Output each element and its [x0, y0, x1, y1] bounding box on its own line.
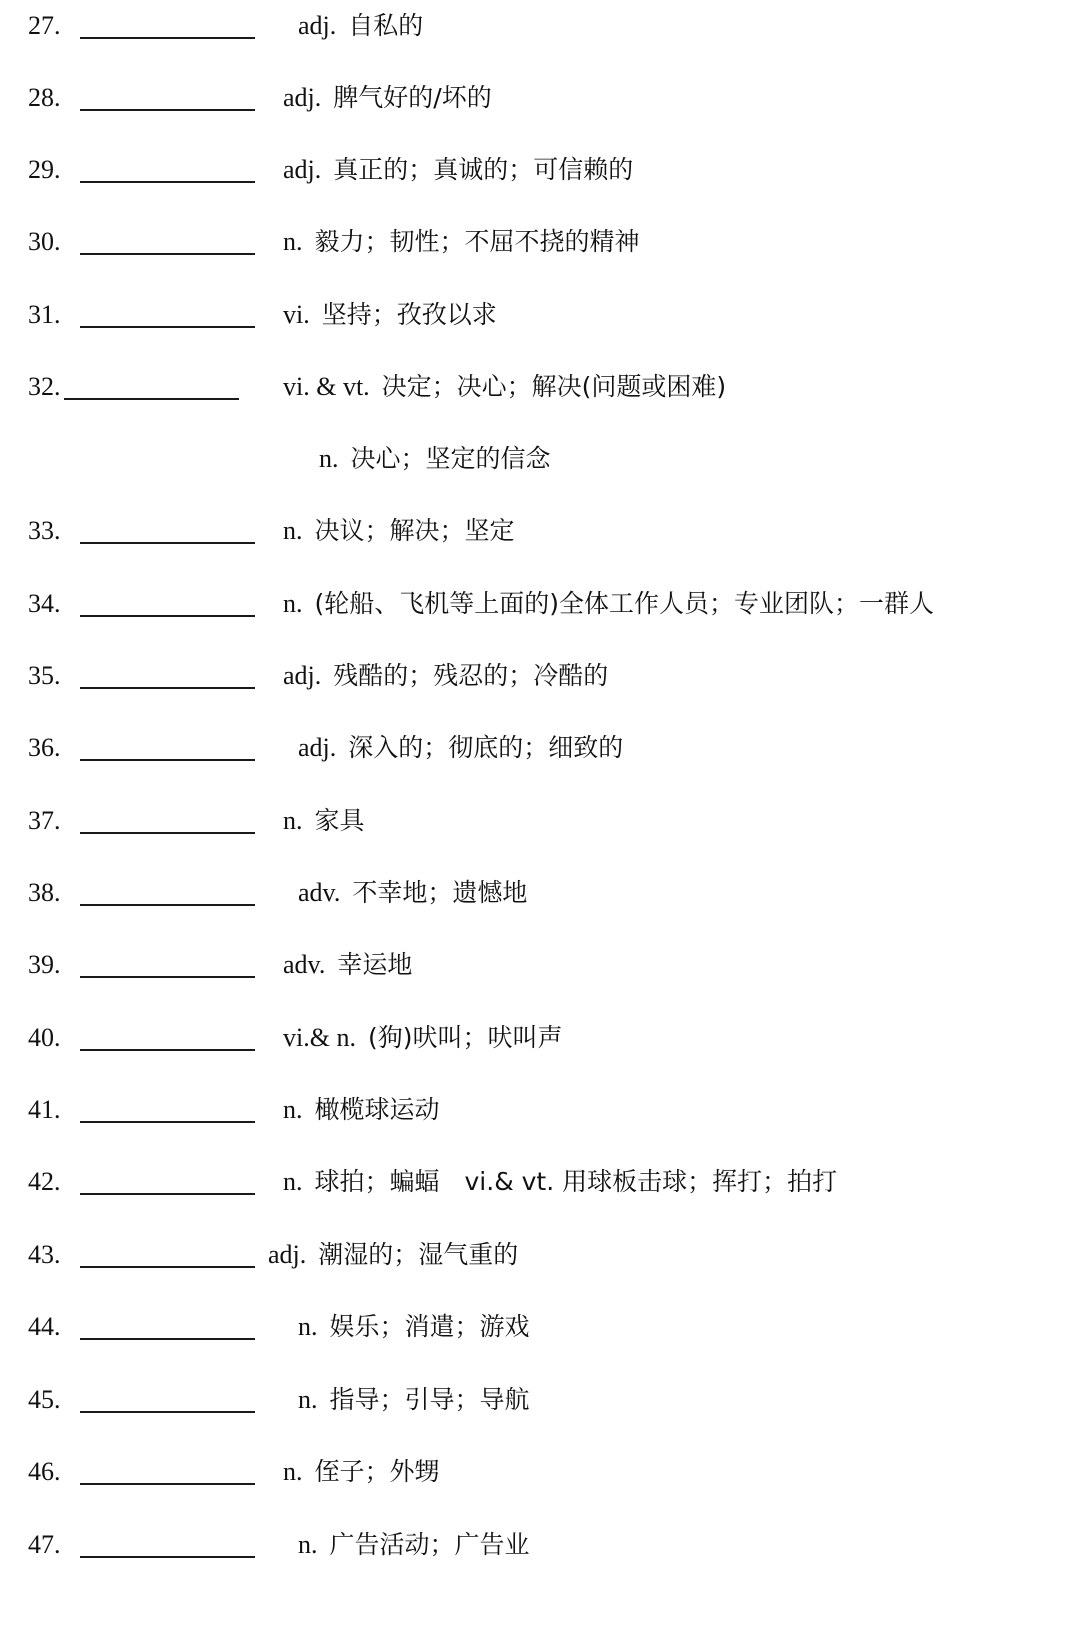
definition: adj.潮湿的；湿气重的: [268, 1235, 518, 1275]
chinese-meaning: 幸运地: [337, 950, 412, 979]
item-number: 42.: [28, 1162, 61, 1202]
answer-blank[interactable]: [80, 1266, 255, 1268]
answer-blank[interactable]: [80, 181, 255, 183]
part-of-speech: vi.: [283, 300, 310, 329]
definition: adj.脾气好的/坏的: [283, 78, 492, 118]
definition: n.毅力；韧性；不屈不挠的精神: [283, 222, 640, 262]
chinese-meaning: 侄子；外甥: [315, 1457, 440, 1486]
part-of-speech: n.: [283, 1167, 303, 1196]
part-of-speech: n.: [283, 516, 303, 545]
definition: adv.幸运地: [283, 945, 412, 985]
part-of-speech: adj.: [283, 83, 321, 112]
part-of-speech: n.: [298, 1312, 318, 1341]
vocab-row-cont: n.决心；坚定的信念: [0, 439, 1080, 479]
item-number: 29.: [28, 150, 61, 190]
definition: vi.& n.(狗)吠叫；吠叫声: [283, 1018, 562, 1058]
definition: vi. & vt.决定；决心；解决(问题或困难): [283, 367, 726, 407]
definition: n.(轮船、飞机等上面的)全体工作人员；专业团队；一群人: [283, 584, 934, 624]
item-number: 46.: [28, 1452, 61, 1492]
item-number: 27.: [28, 6, 61, 46]
part-of-speech: adj.: [268, 1240, 306, 1269]
answer-blank[interactable]: [64, 398, 239, 400]
vocab-row-37: 37. n.家具: [0, 801, 1080, 841]
part-of-speech: n.: [319, 444, 339, 473]
answer-blank[interactable]: [80, 904, 255, 906]
part-of-speech: vi. & vt.: [283, 372, 370, 401]
answer-blank[interactable]: [80, 1338, 255, 1340]
vocab-row-41: 41. n.橄榄球运动: [0, 1090, 1080, 1130]
item-number: 36.: [28, 728, 61, 768]
vocab-row-39: 39. adv.幸运地: [0, 945, 1080, 985]
vocab-row-47: 47. n.广告活动；广告业: [0, 1525, 1080, 1565]
item-number: 35.: [28, 656, 61, 696]
definition: adv.不幸地；遗憾地: [298, 873, 527, 913]
definition: vi.坚持；孜孜以求: [283, 295, 497, 335]
chinese-meaning: 真正的；真诚的；可信赖的: [333, 155, 633, 184]
vocab-row-29: 29. adj.真正的；真诚的；可信赖的: [0, 150, 1080, 190]
definition: n.决心；坚定的信念: [319, 439, 551, 479]
answer-blank[interactable]: [80, 37, 255, 39]
definition: n.球拍；蝙蝠 vi.& vt. 用球板击球；挥打；拍打: [283, 1162, 837, 1202]
chinese-meaning: 毅力；韧性；不屈不挠的精神: [315, 227, 640, 256]
chinese-meaning: (轮船、飞机等上面的)全体工作人员；专业团队；一群人: [315, 589, 935, 618]
answer-blank[interactable]: [80, 832, 255, 834]
item-number: 44.: [28, 1307, 61, 1347]
answer-blank[interactable]: [80, 542, 255, 544]
part-of-speech: n.: [283, 589, 303, 618]
definition: n.娱乐；消遣；游戏: [298, 1307, 530, 1347]
chinese-meaning: 潮湿的；湿气重的: [318, 1240, 518, 1269]
chinese-meaning: 橄榄球运动: [315, 1095, 440, 1124]
vocab-row-38: 38. adv.不幸地；遗憾地: [0, 873, 1080, 913]
chinese-meaning: 脾气好的/坏的: [333, 83, 491, 112]
definition: n.指导；引导；导航: [298, 1380, 530, 1420]
answer-blank[interactable]: [80, 109, 255, 111]
item-number: 30.: [28, 222, 61, 262]
definition: n.广告活动；广告业: [298, 1525, 530, 1565]
part-of-speech: n.: [298, 1385, 318, 1414]
vocab-row-45: 45. n.指导；引导；导航: [0, 1380, 1080, 1420]
chinese-meaning: 自私的: [348, 11, 423, 40]
part-of-speech: adv.: [298, 878, 340, 907]
answer-blank[interactable]: [80, 687, 255, 689]
answer-blank[interactable]: [80, 1411, 255, 1413]
vocab-row-31: 31. vi.坚持；孜孜以求: [0, 295, 1080, 335]
answer-blank[interactable]: [80, 1121, 255, 1123]
vocab-row-30: 30. n.毅力；韧性；不屈不挠的精神: [0, 222, 1080, 262]
chinese-meaning: 广告活动；广告业: [330, 1530, 530, 1559]
definition: n.侄子；外甥: [283, 1452, 440, 1492]
item-number: 38.: [28, 873, 61, 913]
part-of-speech: vi.& n.: [283, 1023, 356, 1052]
part-of-speech: adj.: [283, 661, 321, 690]
vocab-row-40: 40. vi.& n.(狗)吠叫；吠叫声: [0, 1018, 1080, 1058]
vocab-row-36: 36. adj.深入的；彻底的；细致的: [0, 728, 1080, 768]
answer-blank[interactable]: [80, 615, 255, 617]
vocab-row-33: 33. n.决议；解决；坚定: [0, 511, 1080, 551]
vocab-row-35: 35. adj.残酷的；残忍的；冷酷的: [0, 656, 1080, 696]
definition: adj.深入的；彻底的；细致的: [298, 728, 623, 768]
definition: adj.真正的；真诚的；可信赖的: [283, 150, 633, 190]
item-number: 32.: [28, 367, 61, 407]
chinese-meaning: 决定；决心；解决(问题或困难): [382, 372, 727, 401]
item-number: 34.: [28, 584, 61, 624]
chinese-meaning: (狗)吠叫；吠叫声: [368, 1023, 563, 1052]
answer-blank[interactable]: [80, 326, 255, 328]
part-of-speech: adv.: [283, 950, 325, 979]
chinese-meaning: 不幸地；遗憾地: [352, 878, 527, 907]
item-number: 31.: [28, 295, 61, 335]
definition: n.橄榄球运动: [283, 1090, 440, 1130]
chinese-meaning: 决心；坚定的信念: [351, 444, 551, 473]
item-number: 45.: [28, 1380, 61, 1420]
vocab-row-42: 42. n.球拍；蝙蝠 vi.& vt. 用球板击球；挥打；拍打: [0, 1162, 1080, 1202]
item-number: 41.: [28, 1090, 61, 1130]
item-number: 28.: [28, 78, 61, 118]
vocab-row-34: 34. n.(轮船、飞机等上面的)全体工作人员；专业团队；一群人: [0, 584, 1080, 624]
chinese-meaning: 家具: [315, 806, 365, 835]
answer-blank[interactable]: [80, 759, 255, 761]
vocab-row-44: 44. n.娱乐；消遣；游戏: [0, 1307, 1080, 1347]
chinese-meaning: 决议；解决；坚定: [315, 516, 515, 545]
chinese-meaning: 深入的；彻底的；细致的: [348, 733, 623, 762]
definition: adj.自私的: [298, 6, 423, 46]
part-of-speech: n.: [298, 1530, 318, 1559]
item-number: 33.: [28, 511, 61, 551]
definition: n.家具: [283, 801, 365, 841]
chinese-meaning: 残酷的；残忍的；冷酷的: [333, 661, 608, 690]
answer-blank[interactable]: [80, 1049, 255, 1051]
answer-blank[interactable]: [80, 253, 255, 255]
part-of-speech: n.: [283, 1095, 303, 1124]
chinese-meaning: 指导；引导；导航: [330, 1385, 530, 1414]
vocab-row-28: 28. adj.脾气好的/坏的: [0, 78, 1080, 118]
part-of-speech: n.: [283, 1457, 303, 1486]
answer-blank[interactable]: [80, 976, 255, 978]
part-of-speech: n.: [283, 227, 303, 256]
item-number: 43.: [28, 1235, 61, 1275]
part-of-speech: adj.: [283, 155, 321, 184]
vocab-row-27: 27. adj.自私的: [0, 6, 1080, 46]
vocab-row-32: 32. vi. & vt.决定；决心；解决(问题或困难): [0, 367, 1080, 407]
vocab-row-43: 43. adj.潮湿的；湿气重的: [0, 1235, 1080, 1275]
vocab-row-46: 46. n.侄子；外甥: [0, 1452, 1080, 1492]
answer-blank[interactable]: [80, 1556, 255, 1558]
part-of-speech: n.: [283, 806, 303, 835]
answer-blank[interactable]: [80, 1193, 255, 1195]
item-number: 47.: [28, 1525, 61, 1565]
definition: n.决议；解决；坚定: [283, 511, 515, 551]
chinese-meaning: 坚持；孜孜以求: [322, 300, 497, 329]
item-number: 37.: [28, 801, 61, 841]
part-of-speech: adj.: [298, 11, 336, 40]
item-number: 39.: [28, 945, 61, 985]
definition: adj.残酷的；残忍的；冷酷的: [283, 656, 608, 696]
part-of-speech: adj.: [298, 733, 336, 762]
answer-blank[interactable]: [80, 1483, 255, 1485]
chinese-meaning: 球拍；蝙蝠 vi.& vt. 用球板击球；挥打；拍打: [315, 1167, 838, 1196]
item-number: 40.: [28, 1018, 61, 1058]
chinese-meaning: 娱乐；消遣；游戏: [330, 1312, 530, 1341]
